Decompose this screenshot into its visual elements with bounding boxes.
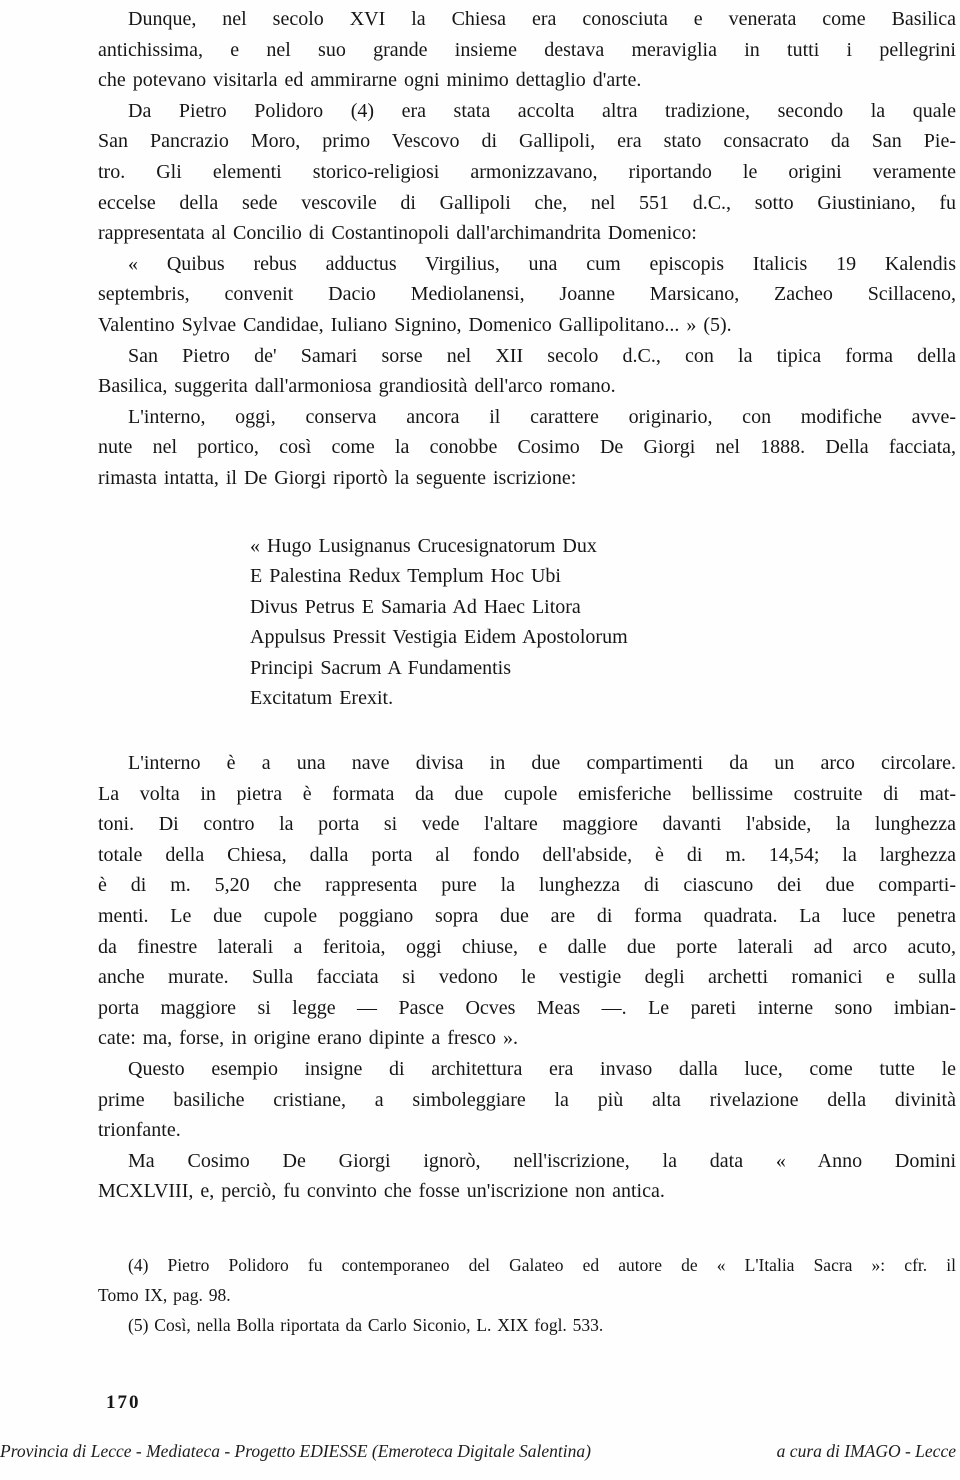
body-text: Dunque, nel secolo XVI la Chiesa era con… <box>98 4 956 1207</box>
footnotes: (4) Pietro Polidoro fu contemporaneo del… <box>98 1250 956 1340</box>
text-line: nute nel portico, così come la conobbe C… <box>98 432 956 463</box>
text-line: Excitatum Erexit. <box>250 683 956 714</box>
text-line: che potevano visitarla ed ammirarne ogni… <box>98 65 956 96</box>
text-line: septembris, convenit Dacio Mediolanensi,… <box>98 279 956 310</box>
text-line: Da Pietro Polidoro (4) era stata accolta… <box>98 96 956 127</box>
text-line: eccelse della sede vescovile di Gallipol… <box>98 188 956 219</box>
text-line: è di m. 5,20 che rappresenta pure la lun… <box>98 870 956 901</box>
text-line: toni. Di contro la porta si vede l'altar… <box>98 809 956 840</box>
footer-provenance: Provincia di Lecce - Mediateca - Progett… <box>0 1441 591 1462</box>
paragraph: (5) Così, nella Bolla riportata da Carlo… <box>98 1310 956 1340</box>
inscription-verse: « Hugo Lusignanus Crucesignatorum DuxE P… <box>250 531 956 715</box>
text-line: L'interno è a una nave divisa in due com… <box>98 748 956 779</box>
text-line: San Pancrazio Moro, primo Vescovo di Gal… <box>98 126 956 157</box>
digitization-footer: Provincia di Lecce - Mediateca - Progett… <box>0 1441 958 1462</box>
text-line: tro. Gli elementi storico-religiosi armo… <box>98 157 956 188</box>
paragraph: L'interno, oggi, conserva ancora il cara… <box>98 402 956 494</box>
text-line: rappresentata al Concilio di Costantinop… <box>98 218 956 249</box>
text-line: Divus Petrus E Samaria Ad Haec Litora <box>250 592 956 623</box>
text-line: « Hugo Lusignanus Crucesignatorum Dux <box>250 531 956 562</box>
text-line: trionfante. <box>98 1115 956 1146</box>
text-line: La volta in pietra è formata da due cupo… <box>98 779 956 810</box>
text-line: Basilica, suggerita dall'armoniosa grand… <box>98 371 956 402</box>
paragraph: Da Pietro Polidoro (4) era stata accolta… <box>98 96 956 249</box>
text-line: Tomo IX, pag. 98. <box>98 1280 956 1310</box>
text-line: Principi Sacrum A Fundamentis <box>250 653 956 684</box>
text-line: menti. Le due cupole poggiano sopra due … <box>98 901 956 932</box>
footer-credit: a cura di IMAGO - Lecce <box>777 1441 958 1462</box>
text-line: (5) Così, nella Bolla riportata da Carlo… <box>98 1310 956 1340</box>
text-line: antichissima, e nel suo grande insieme d… <box>98 35 956 66</box>
text-line: anche murate. Sulla facciata si vedono l… <box>98 962 956 993</box>
text-line: Dunque, nel secolo XVI la Chiesa era con… <box>98 4 956 35</box>
text-line: Appulsus Pressit Vestigia Eidem Apostolo… <box>250 622 956 653</box>
text-line: L'interno, oggi, conserva ancora il cara… <box>98 402 956 433</box>
page-number: 170 <box>106 1392 141 1414</box>
paragraph: San Pietro de' Samari sorse nel XII seco… <box>98 341 956 402</box>
text-line: MCXLVIII, e, perciò, fu convinto che fos… <box>98 1176 956 1207</box>
paragraph: Ma Cosimo De Giorgi ignorò, nell'iscrizi… <box>98 1146 956 1207</box>
text-line: totale della Chiesa, dalla porta al fond… <box>98 840 956 871</box>
text-line: da finestre laterali a feritoia, oggi ch… <box>98 932 956 963</box>
text-line: E Palestina Redux Templum Hoc Ubi <box>250 561 956 592</box>
paragraph: L'interno è a una nave divisa in due com… <box>98 748 956 1054</box>
text-line: prime basiliche cristiane, a simboleggia… <box>98 1085 956 1116</box>
paragraph: Questo esempio insigne di architettura e… <box>98 1054 956 1146</box>
text-line: San Pietro de' Samari sorse nel XII seco… <box>98 341 956 372</box>
scanned-book-page: Dunque, nel secolo XVI la Chiesa era con… <box>0 0 960 1480</box>
text-line: cate: ma, forse, in origine erano dipint… <box>98 1023 956 1054</box>
text-line: Ma Cosimo De Giorgi ignorò, nell'iscrizi… <box>98 1146 956 1177</box>
text-line: rimasta intatta, il De Giorgi riportò la… <box>98 463 956 494</box>
text-line: Valentino Sylvae Candidae, Iuliano Signi… <box>98 310 956 341</box>
text-line: Questo esempio insigne di architettura e… <box>98 1054 956 1085</box>
text-line: « Quibus rebus adductus Virgilius, una c… <box>98 249 956 280</box>
paragraph: (4) Pietro Polidoro fu contemporaneo del… <box>98 1250 956 1310</box>
paragraph: « Quibus rebus adductus Virgilius, una c… <box>98 249 956 341</box>
paragraph: Dunque, nel secolo XVI la Chiesa era con… <box>98 4 956 96</box>
text-line: (4) Pietro Polidoro fu contemporaneo del… <box>98 1250 956 1280</box>
text-line: porta maggiore si legge — Pasce Ocves Me… <box>98 993 956 1024</box>
